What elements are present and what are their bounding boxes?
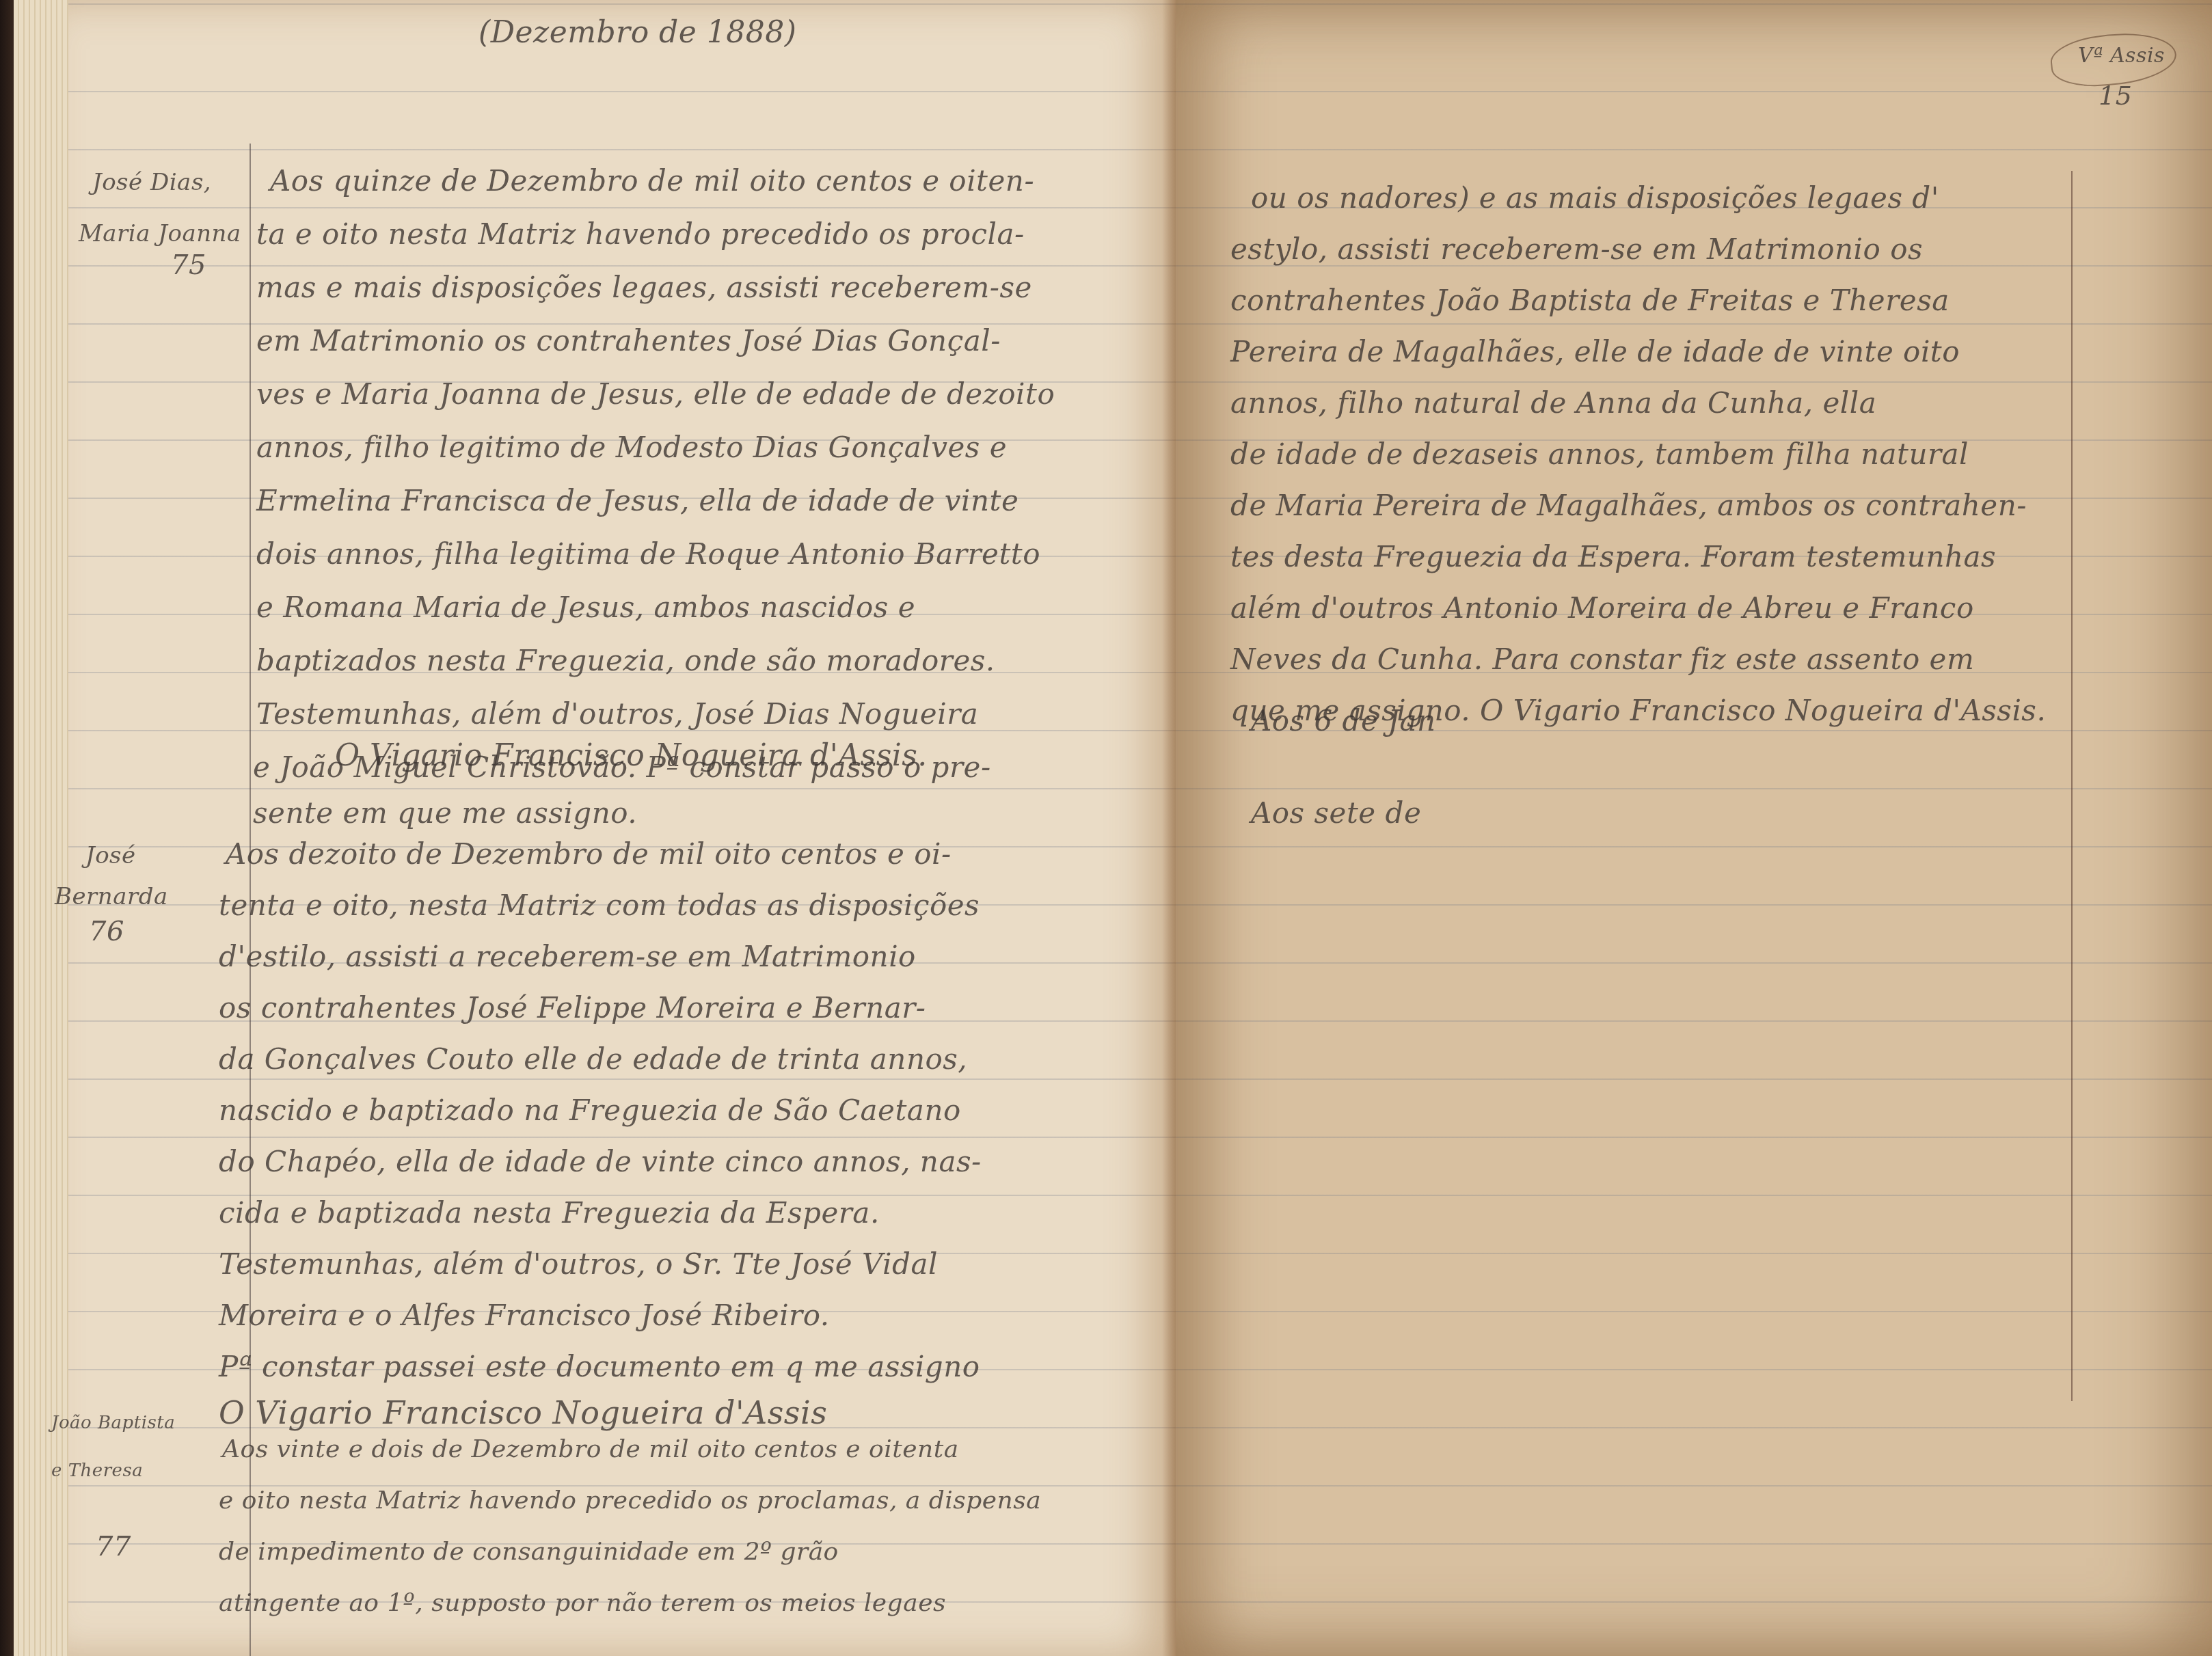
entry-76-line: os contrahentes José Felippe Moreira e B… bbox=[219, 991, 926, 1024]
entry-75-margin-name-1: José Dias, bbox=[92, 154, 211, 211]
right-continuation-line: Pereira de Magalhães, elle de idade de v… bbox=[1230, 335, 1960, 368]
entry-76-number: 76 bbox=[89, 916, 124, 947]
entry-76-signature: O Vigario Francisco Nogueira d'Assis bbox=[219, 1394, 827, 1431]
entry-77-line: atingente ao 1º, supposto por não terem … bbox=[219, 1589, 946, 1617]
right-continuation-line: contrahentes João Baptista de Freitas e … bbox=[1230, 284, 1950, 317]
entry-76-line: tenta e oito, nesta Matriz com todas as … bbox=[219, 888, 980, 922]
entry-75-line: em Matrimonio os contrahentes José Dias … bbox=[256, 324, 1001, 357]
entry-76-line: Aos dezoito de Dezembro de mil oito cent… bbox=[226, 837, 952, 871]
entry-75-line: Ermelina Francisca de Jesus, ella de ida… bbox=[256, 484, 1019, 517]
entry-75-line: baptizados nesta Freguezia, onde são mor… bbox=[256, 644, 995, 677]
entry-76-line: da Gonçalves Couto elle de edade de trin… bbox=[219, 1042, 967, 1076]
entry-75-line: Testemunhas, além d'outros, José Dias No… bbox=[256, 697, 978, 731]
entry-77-line: Aos vinte e dois de Dezembro de mil oito… bbox=[222, 1435, 959, 1463]
entry-75-line: ta e oito nesta Matriz havendo precedido… bbox=[256, 217, 1025, 251]
right-continuation-line: Neves da Cunha. Para constar fiz este as… bbox=[1230, 642, 1974, 676]
right-continuation-line: estylo, assisti receberem-se em Matrimon… bbox=[1230, 232, 1923, 266]
page-number: 15 bbox=[2099, 81, 2132, 111]
entry-76-line: nascido e baptizado na Freguezia de São … bbox=[219, 1094, 961, 1127]
header-date: (Dezembro de 1888) bbox=[478, 15, 796, 50]
entry-77-number: 77 bbox=[96, 1531, 131, 1562]
right-continuation-line: ou os nadores) e as mais disposições leg… bbox=[1251, 181, 1939, 215]
right-continuation-line: annos, filho natural de Anna da Cunha, e… bbox=[1230, 386, 1876, 420]
right-margin-rule bbox=[2071, 171, 2073, 1401]
right-continuation-line: tes desta Freguezia da Espera. Foram tes… bbox=[1230, 540, 1996, 573]
entry-75-line: sente em que me assigno. bbox=[253, 796, 637, 830]
entry-76-line: Testemunhas, além d'outros, o Sr. Tte Jo… bbox=[219, 1247, 938, 1281]
right-continuation-line: de Maria Pereira de Magalhães, ambos os … bbox=[1230, 489, 2027, 522]
entry-75-line: dois annos, filha legitima de Roque Anto… bbox=[256, 537, 1040, 571]
parish-stamp-text: Vª Assis bbox=[2078, 44, 2165, 68]
right-continuation-line: de idade de dezaseis annos, tambem filha… bbox=[1230, 437, 1969, 471]
entry-76-line: d'estilo, assisti a receberem-se em Matr… bbox=[219, 940, 916, 973]
right-continuation-line: além d'outros Antonio Moreira de Abreu e… bbox=[1230, 591, 1974, 625]
entry-77-line: e oito nesta Matriz havendo precedido os… bbox=[219, 1487, 1041, 1515]
entry-75-line: ves e Maria Joanna de Jesus, elle de eda… bbox=[256, 377, 1055, 411]
entry-75-margin-name-2: Maria Joanna bbox=[79, 205, 241, 262]
entry-75-line: annos, filho legitimo de Modesto Dias Go… bbox=[256, 431, 1007, 464]
entry-76-line: cida e baptizada nesta Freguezia da Espe… bbox=[219, 1196, 880, 1230]
incomplete-entry: Aos sete de bbox=[1251, 796, 1421, 830]
entry-75-line: Aos quinze de Dezembro de mil oito cento… bbox=[270, 164, 1034, 198]
entry-77-line: de impedimento de consanguinidade em 2º … bbox=[219, 1538, 839, 1566]
incomplete-entry: Aos 6 de Jan bbox=[1251, 704, 1436, 737]
entry-77-margin-name-2: e Theresa bbox=[51, 1442, 143, 1499]
entry-76-line: Pª constar passei este documento em q me… bbox=[219, 1350, 980, 1383]
entry-75-line: mas e mais disposições legaes, assisti r… bbox=[256, 271, 1032, 304]
entry-75-signature: O Vigario Francisco Nogueira d'Assis. bbox=[335, 738, 928, 773]
entry-76-line: do Chapéo, ella de idade de vinte cinco … bbox=[219, 1145, 982, 1178]
entry-75-number: 75 bbox=[171, 249, 206, 281]
entry-75-line: e Romana Maria de Jesus, ambos nascidos … bbox=[256, 591, 915, 624]
entry-76-line: Moreira e o Alfes Francisco José Ribeiro… bbox=[219, 1299, 830, 1332]
